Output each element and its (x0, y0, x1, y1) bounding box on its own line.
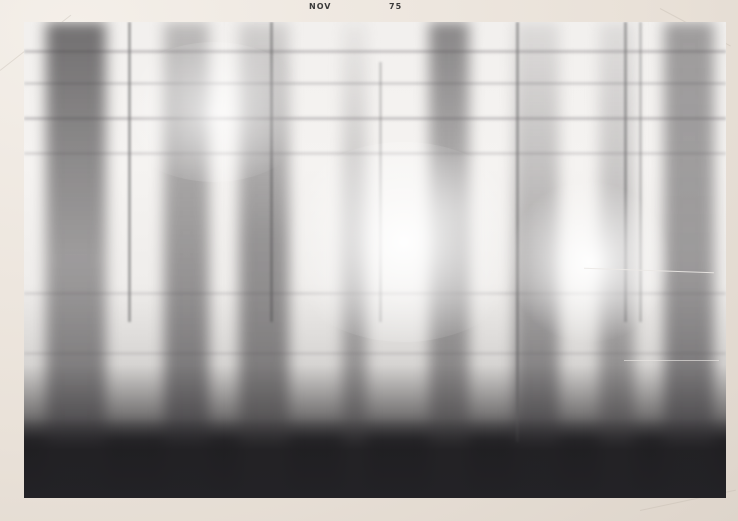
light-haze (274, 142, 534, 342)
emulsion-crack (624, 360, 719, 361)
frame-post (128, 22, 131, 322)
light-haze (114, 42, 314, 182)
foreground-shadow (24, 418, 726, 498)
light-haze (504, 182, 674, 342)
photo-print: NOV 75 (0, 0, 738, 521)
date-stamp-year: 75 (389, 2, 402, 11)
photo-image (24, 22, 726, 498)
date-stamp-month: NOV (309, 2, 331, 11)
